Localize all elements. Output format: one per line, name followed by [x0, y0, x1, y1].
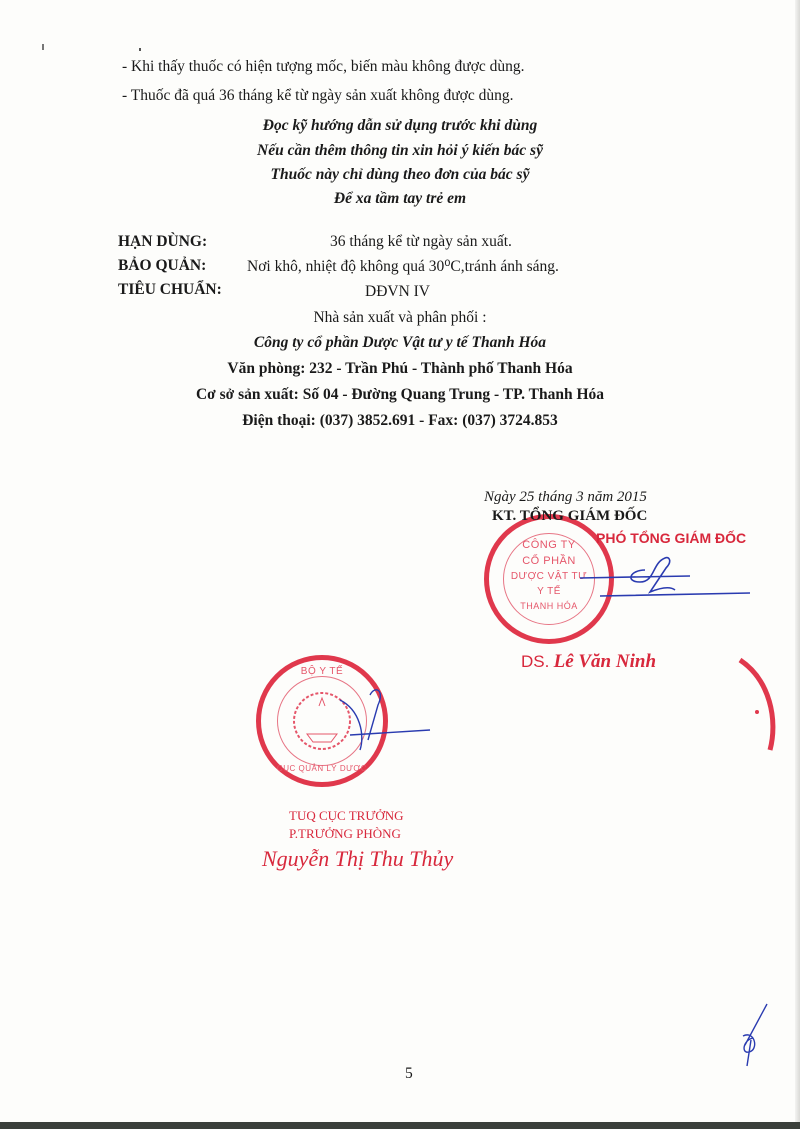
approval-signer: Nguyễn Thị Thu Thủy: [262, 846, 453, 872]
notice-line: Nếu cần thêm thông tin xin hỏi ý kiến bá…: [0, 142, 800, 160]
scan-edge: [795, 0, 800, 1129]
scan-mark: [139, 48, 141, 51]
handwritten-signature: [570, 548, 760, 618]
spec-label-standard: TIÊU CHUẨN:: [118, 281, 222, 299]
partial-stamp-arc: [720, 650, 800, 760]
approval-signature: [330, 680, 440, 760]
signature-on-behalf: KT. TỔNG GIÁM ĐỐC: [492, 508, 647, 525]
approval-line-1: TUQ CỤC TRƯỞNG: [289, 808, 404, 824]
spec-value-standard: DĐVN IV: [365, 283, 430, 301]
notice-line: Đọc kỹ hướng dẫn sử dụng trước khi dùng: [0, 117, 800, 135]
spec-label-storage: BẢO QUẢN:: [118, 257, 206, 275]
notice-line: Thuốc này chỉ dùng theo đơn của bác sỹ: [0, 166, 800, 184]
manufacturer-contact: Điện thoại: (037) 3852.691 - Fax: (037) …: [0, 412, 800, 430]
spec-label-expiry: HẠN DÙNG:: [118, 233, 207, 251]
initials-signature: [735, 1000, 775, 1070]
scan-mark: [42, 44, 44, 50]
scan-edge-bottom: [0, 1122, 800, 1129]
manufacturer-heading: Nhà sản xuất và phân phối :: [0, 309, 800, 327]
signer-name: DS. Lê Văn Ninh: [521, 651, 656, 673]
warning-line: - Khi thấy thuốc có hiện tượng mốc, biến…: [122, 58, 525, 76]
manufacturer-company: Công ty cổ phần Dược Vật tư y tế Thanh H…: [0, 334, 800, 352]
signature-date: Ngày 25 tháng 3 năm 2015: [484, 489, 647, 506]
page-number: 5: [405, 1065, 413, 1083]
spec-value-storage: Nơi khô, nhiệt độ không quá 30⁰C,tránh á…: [247, 257, 559, 276]
notice-line: Để xa tầm tay trẻ em: [0, 190, 800, 208]
signature-title: PHÓ TỔNG GIÁM ĐỐC: [596, 530, 746, 546]
spec-value-expiry: 36 tháng kể từ ngày sản xuất.: [330, 233, 512, 251]
approval-line-2: P.TRƯỞNG PHÒNG: [289, 826, 401, 842]
manufacturer-factory: Cơ sở sản xuất: Số 04 - Đường Quang Trun…: [0, 386, 800, 404]
warning-line: - Thuốc đã quá 36 tháng kể từ ngày sản x…: [122, 87, 513, 105]
manufacturer-office: Văn phòng: 232 - Trần Phú - Thành phố Th…: [0, 360, 800, 378]
